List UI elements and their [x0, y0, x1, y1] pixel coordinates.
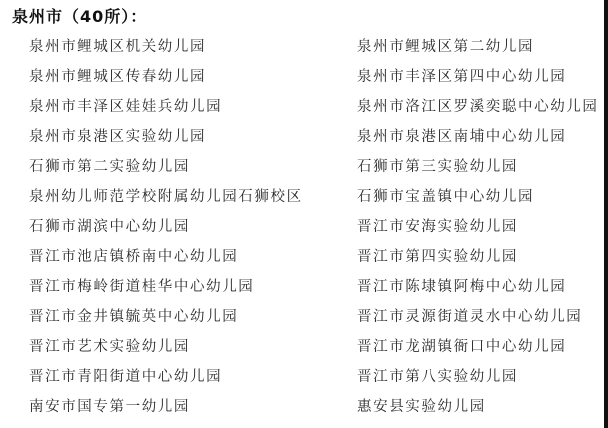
list-item: 南安市国专第一幼儿园: [29, 396, 303, 426]
list-item: 泉州市鲤城区传春幼儿园: [29, 66, 303, 96]
list-item: 晋江市陈埭镇阿梅中心幼儿园: [357, 276, 599, 306]
list-item: 晋江市灵源街道灵水中心幼儿园: [357, 306, 599, 336]
right-edge-border: [604, 0, 608, 428]
list-item: 晋江市安海实验幼儿园: [357, 216, 599, 246]
list-item: 泉州幼儿师范学校附属幼儿园石狮校区: [29, 186, 303, 216]
list-item: 石狮市湖滨中心幼儿园: [29, 216, 303, 246]
list-item: 晋江市艺术实验幼儿园: [29, 336, 303, 366]
list-item: 泉州市洛江区罗溪奕聪中心幼儿园: [357, 96, 599, 126]
list-item: 晋江市第四实验幼儿园: [357, 246, 599, 276]
list-item: 晋江市龙湖镇衙口中心幼儿园: [357, 336, 599, 366]
left-column-list: 泉州市鲤城区机关幼儿园 泉州市鲤城区传春幼儿园 泉州市丰泽区娃娃兵幼儿园 泉州市…: [29, 36, 303, 426]
list-item: 泉州市鲤城区第二幼儿园: [357, 36, 599, 66]
list-item: 晋江市青阳街道中心幼儿园: [29, 366, 303, 396]
list-item: 石狮市第三实验幼儿园: [357, 156, 599, 186]
list-item: 泉州市泉港区南埔中心幼儿园: [357, 126, 599, 156]
list-item: 晋江市金井镇毓英中心幼儿园: [29, 306, 303, 336]
list-item: 石狮市第二实验幼儿园: [29, 156, 303, 186]
list-item: 泉州市泉港区实验幼儿园: [29, 126, 303, 156]
list-item: 晋江市梅岭街道桂华中心幼儿园: [29, 276, 303, 306]
right-column-list: 泉州市鲤城区第二幼儿园 泉州市丰泽区第四中心幼儿园 泉州市洛江区罗溪奕聪中心幼儿…: [357, 36, 599, 426]
list-item: 石狮市宝盖镇中心幼儿园: [357, 186, 599, 216]
list-item: 泉州市鲤城区机关幼儿园: [29, 36, 303, 66]
section-heading: 泉州市（40所）：: [12, 4, 147, 27]
list-item: 晋江市池店镇桥南中心幼儿园: [29, 246, 303, 276]
list-item: 泉州市丰泽区娃娃兵幼儿园: [29, 96, 303, 126]
list-item: 惠安县实验幼儿园: [357, 396, 599, 426]
list-item: 泉州市丰泽区第四中心幼儿园: [357, 66, 599, 96]
list-item: 晋江市第八实验幼儿园: [357, 366, 599, 396]
